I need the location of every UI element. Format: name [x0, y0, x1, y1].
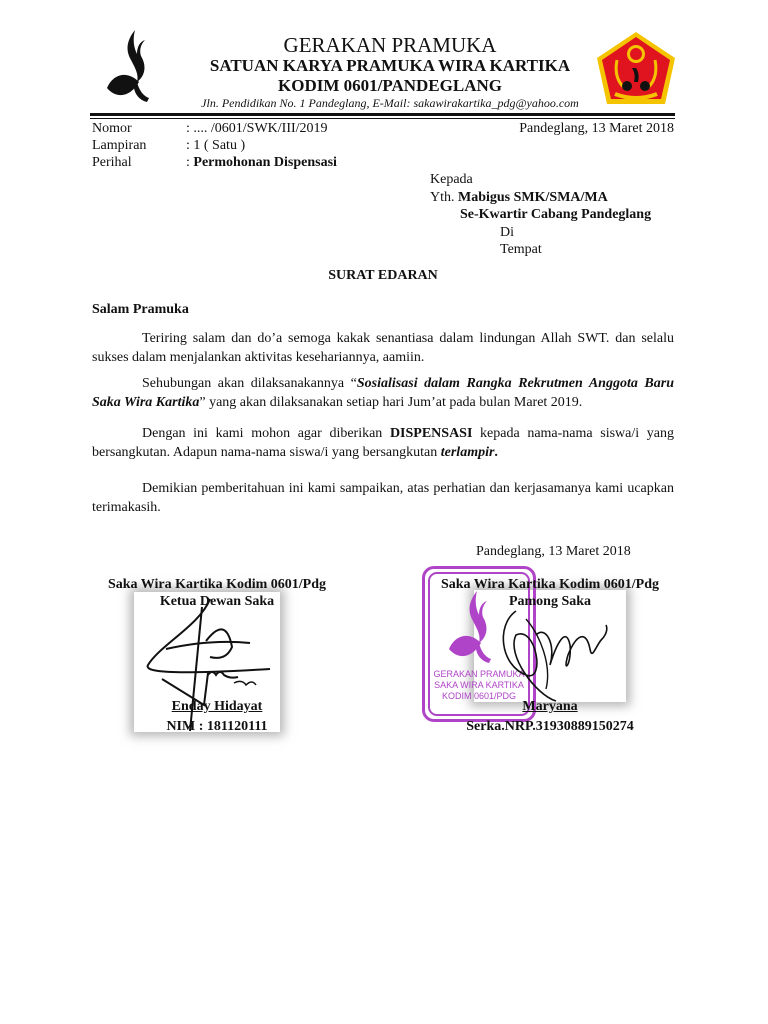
right-signer-block: Saka Wira Kartika Kodim 0601/Pdg Pamong … [424, 576, 676, 610]
left-signer-block: Saka Wira Kartika Kodim 0601/Pdg Ketua D… [92, 576, 342, 610]
lampiran-value: : 1 ( Satu ) [186, 138, 245, 153]
nomor-row: Nomor: .... /0601/SWK/III/2019 [92, 120, 422, 137]
right-signer-name: Maryana [424, 697, 676, 717]
org-name: GERAKAN PRAMUKA [180, 33, 600, 58]
greeting: Salam Pramuka [92, 302, 189, 318]
letter-meta: Nomor: .... /0601/SWK/III/2019 Lampiran:… [92, 120, 422, 171]
lampiran-label: Lampiran [92, 137, 186, 154]
perihal-label: Perihal [92, 154, 186, 171]
p3-pre: Dengan ini kami mohon agar diberikan [142, 426, 390, 441]
left-signer-org: Saka Wira Kartika Kodim 0601/Pdg [92, 576, 342, 593]
paragraph-3: Dengan ini kami mohon agar diberikan DIS… [92, 424, 674, 462]
header-rule-thin [90, 118, 675, 119]
p3-dispensasi: DISPENSASI [390, 426, 472, 441]
command-name: KODIM 0601/PANDEGLANG [170, 76, 610, 96]
perihal-row: Perihal: Permohonan Dispensasi [92, 154, 422, 171]
nomor-value: : .... /0601/SWK/III/2019 [186, 121, 328, 136]
p2-pre: Sehubungan akan dilaksanakannya “ [142, 376, 357, 391]
perihal-value: Permohonan Dispensasi [193, 155, 337, 170]
paragraph-1: Teriring salam dan do’a semoga kakak sen… [92, 329, 674, 367]
p3-terlampir: terlampir [441, 445, 495, 460]
right-emblem-icon [595, 30, 677, 106]
unit-name: SATUAN KARYA PRAMUKA WIRA KARTIKA [170, 56, 610, 76]
yth-line: Yth. Mabigus SMK/SMA/MA [430, 189, 680, 207]
letter-title: SURAT EDARAN [92, 268, 674, 284]
kepada-label: Kepada [430, 171, 680, 189]
tempat-label: Tempat [430, 241, 680, 259]
address-line: Jln. Pendidikan No. 1 Pandeglang, E-Mail… [170, 96, 610, 111]
di-label: Di [430, 224, 680, 242]
right-signer-id: Serka.NRP.31930889150274 [424, 717, 676, 737]
left-signer-name-block: Enday Hidayat NIM : 181120111 [92, 697, 342, 737]
recipient-name: Mabigus SMK/SMA/MA [458, 190, 608, 205]
nomor-label: Nomor [92, 120, 186, 137]
left-signer-name: Enday Hidayat [92, 697, 342, 717]
recipient-block: Kepada Yth. Mabigus SMK/SMA/MA Se-Kwarti… [430, 171, 680, 259]
right-signer-org: Saka Wira Kartika Kodim 0601/Pdg [424, 576, 676, 593]
left-logo-icon [105, 28, 165, 106]
left-signer-role: Ketua Dewan Saka [92, 593, 342, 610]
right-signer-role: Pamong Saka [424, 593, 676, 610]
recipient-scope: Se-Kwartir Cabang Pandeglang [430, 206, 680, 224]
lampiran-row: Lampiran: 1 ( Satu ) [92, 137, 422, 154]
yth-label: Yth. [430, 190, 458, 205]
p3-end: . [494, 445, 498, 460]
place-date-closing: Pandeglang, 13 Maret 2018 [476, 543, 631, 560]
p2-post: ” yang akan dilaksanakan setiap hari Jum… [199, 395, 582, 410]
header-rule-thick [90, 113, 675, 116]
right-signer-name-block: Maryana Serka.NRP.31930889150274 [424, 697, 676, 737]
paragraph-4: Demikian pemberitahuan ini kami sampaika… [92, 479, 674, 517]
place-date-top: Pandeglang, 13 Maret 2018 [480, 120, 674, 137]
left-signer-id: NIM : 181120111 [92, 717, 342, 737]
right-signature-scribble-icon [496, 605, 616, 705]
paragraph-2: Sehubungan akan dilaksanakannya “Sosiali… [92, 374, 674, 412]
